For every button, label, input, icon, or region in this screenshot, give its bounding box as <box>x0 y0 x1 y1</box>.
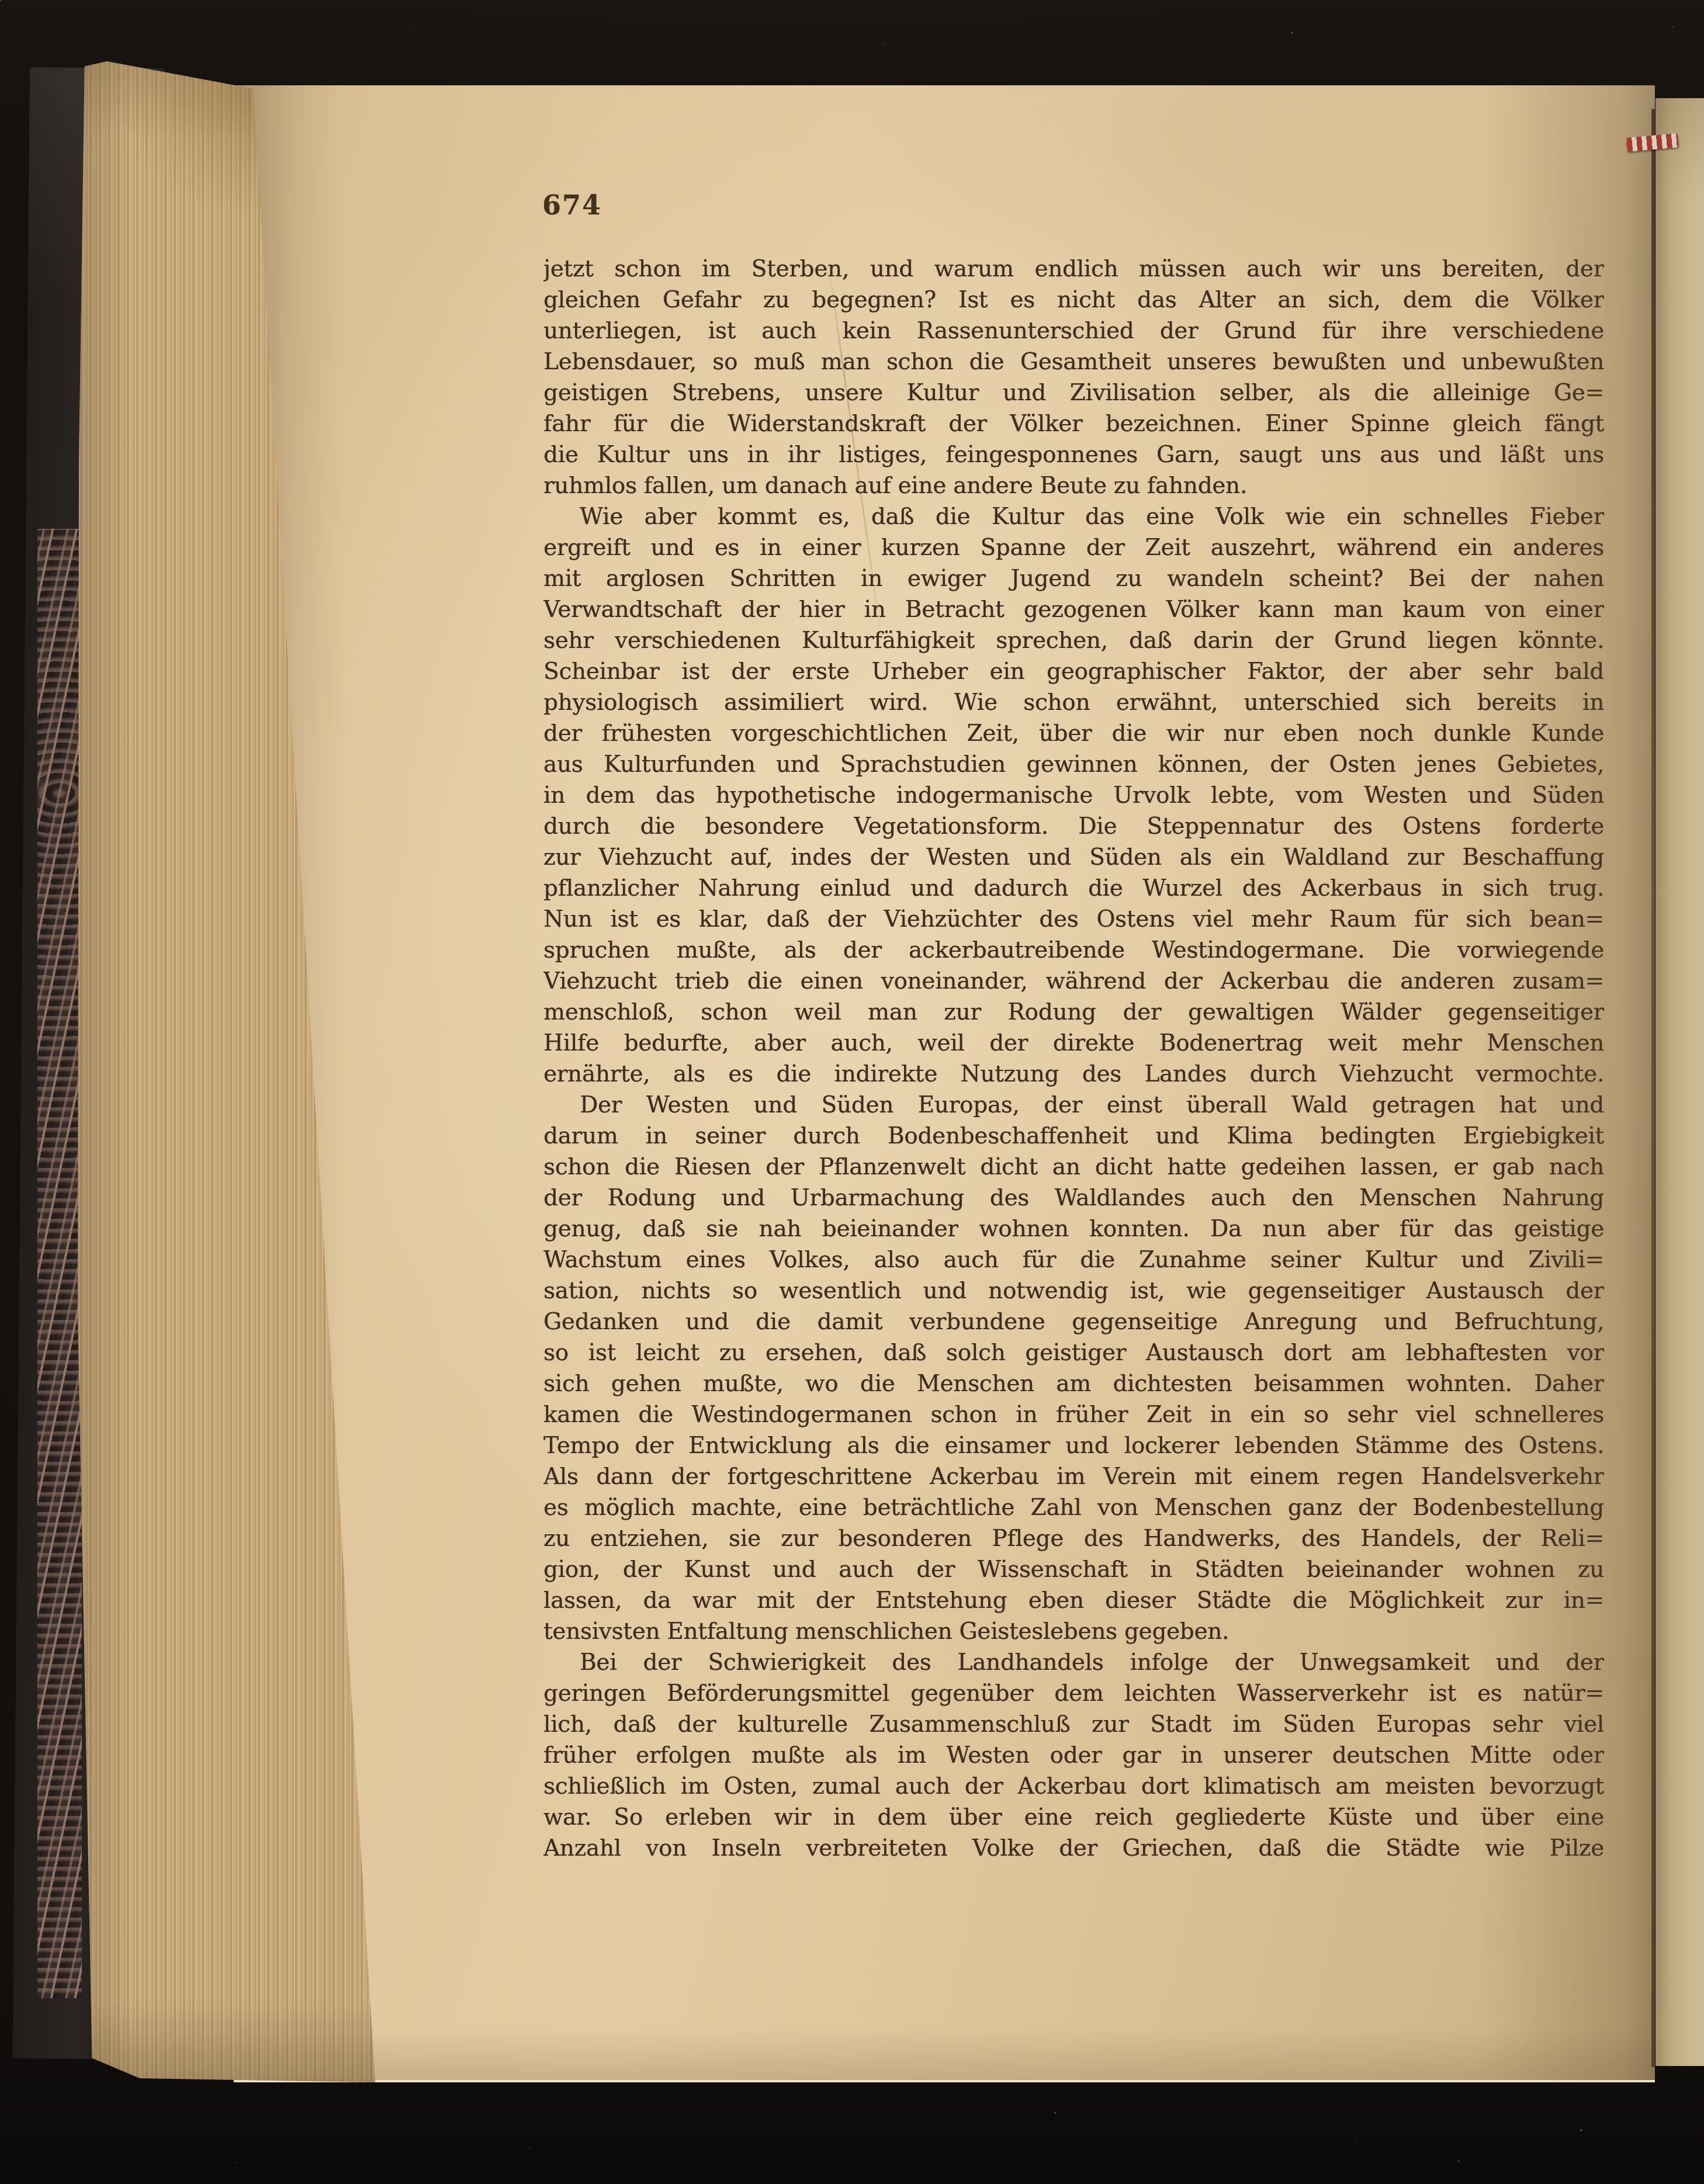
gutter-shadow <box>1480 85 1655 2080</box>
text-line: in dem das hypothetische indogermanische… <box>543 780 1604 811</box>
text-line: so ist leicht zu ersehen, daß solch geis… <box>543 1337 1604 1368</box>
text-line: durch die besondere Vegetationsform. Die… <box>543 811 1604 842</box>
text-line: zu entziehen, sie zur besonderen Pflege … <box>543 1523 1604 1554</box>
text-line: geistigen Strebens, unsere Kultur und Zi… <box>543 377 1604 408</box>
text-line: sehr verschiedenen Kulturfähigkeit sprec… <box>543 625 1604 656</box>
text-line: schon die Riesen der Pflanzenwelt dicht … <box>543 1152 1604 1183</box>
text-line: gion, der Kunst und auch der Wissenschaf… <box>543 1554 1604 1585</box>
text-line: ergreift und es in einer kurzen Spanne d… <box>543 532 1604 563</box>
page-number: 674 <box>542 189 602 221</box>
text-line: spruchen mußte, als der ackerbautreibend… <box>543 935 1604 966</box>
text-line: der frühesten vorgeschichtlichen Zeit, ü… <box>543 718 1604 749</box>
text-line: geringen Beförderungsmittel gegenüber de… <box>543 1678 1604 1709</box>
text-line: Wie aber kommt es, daß die Kultur das ei… <box>543 501 1604 532</box>
text-line: sich gehen mußte, wo die Menschen am dic… <box>543 1368 1604 1399</box>
text-line: früher erfolgen mußte als im Westen oder… <box>543 1740 1604 1771</box>
text-line: sation, nichts so wesentlich und notwend… <box>543 1275 1604 1306</box>
text-line: menschloß, schon weil man zur Rodung der… <box>543 997 1604 1028</box>
text-line: tensivsten Entfaltung menschlichen Geist… <box>543 1616 1604 1647</box>
text-line: Anzahl von Inseln verbreiteten Volke der… <box>543 1833 1604 1864</box>
text-line: es möglich machte, eine beträchtliche Za… <box>543 1492 1604 1523</box>
text-line: Als dann der fortgeschrittene Ackerbau i… <box>543 1461 1604 1492</box>
text-line: gleichen Gefahr zu begegnen? Ist es nich… <box>543 285 1604 316</box>
text-line: pflanzlicher Nahrung einlud und dadurch … <box>543 873 1604 904</box>
page-text-block: jetzt schon im Sterben, und warum endlic… <box>543 254 1604 1864</box>
text-line: der Rodung und Urbarmachung des Waldland… <box>543 1183 1604 1214</box>
text-line: unterliegen, ist auch kein Rassenuntersc… <box>543 316 1604 346</box>
text-line: ruhmlos fallen, um danach auf eine ander… <box>543 470 1604 501</box>
text-line: aus Kulturfunden und Sprachstudien gewin… <box>543 749 1604 780</box>
paragraph: Bei der Schwierigkeit des Landhandels in… <box>543 1647 1604 1864</box>
text-line: physiologisch assimiliert wird. Wie scho… <box>543 687 1604 718</box>
paragraph: Der Westen und Süden Europas, der einst … <box>543 1090 1604 1647</box>
text-line: Viehzucht trieb die einen voneinander, w… <box>543 966 1604 997</box>
paragraph: Wie aber kommt es, daß die Kultur das ei… <box>543 501 1604 1090</box>
text-line: jetzt schon im Sterben, und warum endlic… <box>543 254 1604 285</box>
book-scan-scene: 674 jetzt schon im Sterben, und warum en… <box>0 0 1704 2184</box>
text-line: Lebensdauer, so muß man schon die Gesamt… <box>543 346 1604 377</box>
dust-specks <box>0 0 1 1</box>
gutter-fold-line <box>1651 109 1655 2067</box>
text-line: zur Viehzucht auf, indes der Westen und … <box>543 842 1604 873</box>
text-line: lich, daß der kulturelle Zusammenschluß … <box>543 1709 1604 1740</box>
text-line: Der Westen und Süden Europas, der einst … <box>543 1090 1604 1121</box>
text-line: genug, daß sie nah beieinander wohnen ko… <box>543 1214 1604 1244</box>
text-line: kamen die Westindogermanen schon in früh… <box>543 1399 1604 1430</box>
text-line: Gedanken und die damit verbundene gegens… <box>543 1306 1604 1337</box>
text-line: war. So erleben wir in dem über eine rei… <box>543 1802 1604 1833</box>
text-line: Wachstum eines Volkes, also auch für die… <box>543 1244 1604 1275</box>
text-line: Hilfe bedurfte, aber auch, weil der dire… <box>543 1028 1604 1059</box>
text-line: ernährte, als es die indirekte Nutzung d… <box>543 1059 1604 1090</box>
book-page: 674 jetzt schon im Sterben, und warum en… <box>234 85 1655 2082</box>
text-line: schließlich im Osten, zumal auch der Ack… <box>543 1771 1604 1802</box>
facing-page-edge <box>1655 98 1704 2066</box>
text-line: darum in seiner durch Bodenbeschaffenhei… <box>543 1121 1604 1152</box>
paragraph: jetzt schon im Sterben, und warum endlic… <box>543 254 1604 501</box>
text-line: fahr für die Widerstandskraft der Völker… <box>543 408 1604 439</box>
marbled-endpaper <box>37 529 82 1998</box>
text-line: lassen, da war mit der Entstehung eben d… <box>543 1585 1604 1616</box>
text-line: Bei der Schwierigkeit des Landhandels in… <box>543 1647 1604 1678</box>
text-line: Tempo der Entwicklung als die einsamer u… <box>543 1430 1604 1461</box>
text-line: Verwandtschaft der hier in Betracht gezo… <box>543 594 1604 625</box>
text-line: Nun ist es klar, daß der Viehzüchter des… <box>543 904 1604 935</box>
text-line: Scheinbar ist der erste Urheber ein geog… <box>543 656 1604 687</box>
text-line: die Kultur uns in ihr listiges, feingesp… <box>543 439 1604 470</box>
text-line: mit arglosen Schritten in ewiger Jugend … <box>543 563 1604 594</box>
